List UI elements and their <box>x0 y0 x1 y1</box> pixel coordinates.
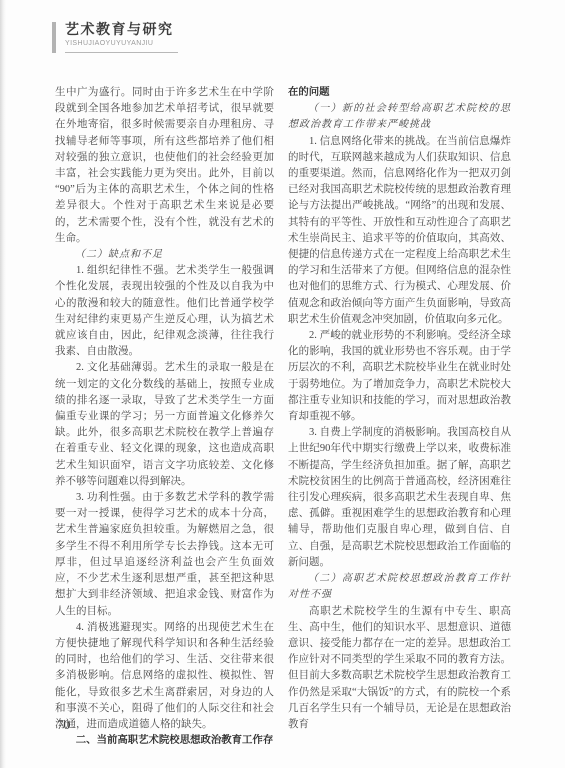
paragraph: 二、当前高职艺术院校思想政治教育工作存 <box>55 733 274 749</box>
paragraph: 1. 组织纪律性不强。艺术类学生一般强调个性化发展，表现出较强的个性及以自我为中… <box>55 263 274 360</box>
scanned-paper-page: 艺术教育与研究 YISHUJIAOYUYUYANJIU 生中广为盛行。同时由于许… <box>0 0 565 768</box>
paragraph: 2. 文化基础薄弱。艺术生的录取一般是在统一划定的文化分数线的基础上，按照专业成… <box>55 360 274 490</box>
paragraph: 在的问题 <box>288 85 511 101</box>
logo-text-block: 艺术教育与研究 YISHUJIAOYUYUYANJIU <box>65 22 178 53</box>
right-column: 在的问题（一）新的社会转型给高职艺术院校的思想政治教育工作带来严峻挑战1. 信息… <box>288 85 511 733</box>
logo-vertical-bar <box>52 22 56 53</box>
paragraph: 高职艺术院校学生的生源有中专生、职高生、高中生，他们的知识水平、思想意识、道德意… <box>288 604 511 734</box>
page-number: 70 <box>57 717 70 733</box>
paragraph: （二）缺点和不足 <box>55 247 274 263</box>
journal-logo: 艺术教育与研究 YISHUJIAOYUYUYANJIU <box>52 22 178 53</box>
scan-edge-shadow <box>0 0 6 768</box>
journal-title: 艺术教育与研究 <box>65 22 174 39</box>
paragraph: 1. 信息网络化带来的挑战。在当前信息爆炸的时代，互联网越来越成为人们获取知识、… <box>288 134 511 328</box>
paragraph: （二）高职艺术院校思想政治教育工作针对性不强 <box>288 571 511 603</box>
paragraph: （一）新的社会转型给高职艺术院校的思想政治教育工作带来严峻挑战 <box>288 101 511 133</box>
journal-pinyin: YISHUJIAOYUYUYANJIU <box>65 40 174 48</box>
paragraph: 4. 消极逃避现实。网络的出现使艺术生在方便快捷地了解现代科学知识和各种生活经验… <box>55 620 274 733</box>
left-column: 生中广为盛行。同时由于许多艺术生在中学阶段就到全国各地参加艺术单招考试，很早就要… <box>55 85 274 749</box>
paragraph: 3. 功利性强。由于多数艺术学科的教学需要一对一授课，使得学习艺术的成本十分高，… <box>55 490 274 620</box>
paragraph: 3. 自费上学制度的消极影响。我国高校自从上世纪90年代中期实行缴费上学以来，收… <box>288 425 511 571</box>
paragraph: 生中广为盛行。同时由于许多艺术生在中学阶段就到全国各地参加艺术单招考试，很早就要… <box>55 85 274 247</box>
paragraph: 2. 严峻的就业形势的不利影响。受经济全球化的影响，我国的就业形势也不容乐观。由… <box>288 328 511 425</box>
